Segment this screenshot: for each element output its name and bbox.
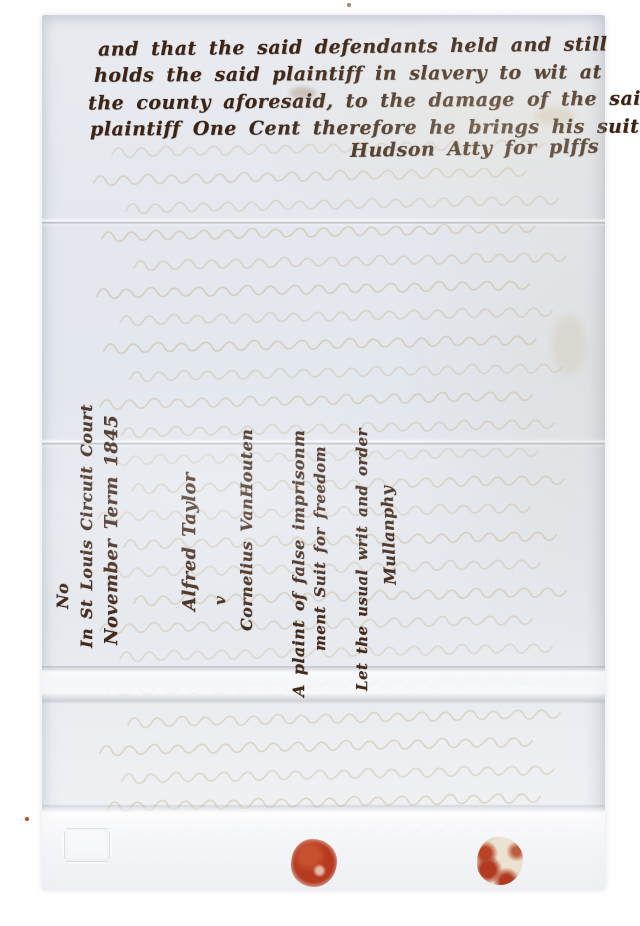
handwritten-line: and that the said defendants held and st… [98, 33, 608, 60]
docket-annotation-line1: A plaint of false imprisonm [289, 430, 308, 697]
judge-signature: Mullanphy [377, 485, 399, 585]
docket-versus: v [211, 596, 229, 605]
docket-endorsement: No In St Louis Circuit Court November Te… [52, 438, 424, 704]
red-speck [25, 817, 29, 821]
docket-defendant-name: Cornelius VanHouten [237, 429, 256, 631]
ink-speck [347, 3, 351, 7]
docket-plaintiff-name: Alfred Taylor [179, 472, 200, 611]
wax-seal-left [102, 839, 148, 887]
docket-term-line: November Term 1845 [101, 415, 122, 645]
scan-background: and that the said defendants held and st… [0, 0, 640, 926]
docket-number-label: No [53, 583, 72, 609]
handwritten-line: the county aforesaid, to the damage of t… [88, 88, 640, 115]
docket-court-line: In St Louis Circuit Court [77, 404, 96, 648]
wax-seal-right [477, 837, 523, 885]
wax-seal-middle [291, 839, 337, 887]
docket-order-line: Let the usual writ and order [353, 428, 371, 691]
attorney-signature: Hudson Atty for plffs [350, 136, 566, 162]
document-page: and that the said defendants held and st… [42, 15, 605, 890]
handwritten-line: holds the said plaintiff in slavery to w… [94, 61, 602, 87]
fold-crease-upper [42, 218, 605, 227]
docket-annotation-line2: ment Suit for freedom [311, 446, 329, 651]
foxing-stain [552, 315, 586, 375]
